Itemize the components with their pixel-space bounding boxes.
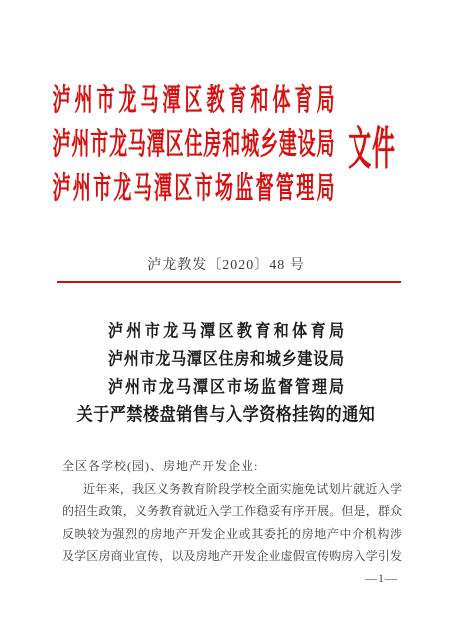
letterhead: 泸州市龙马潭区教育和体育局 泸州市龙马潭区住房和城乡建设局 泸州市龙马潭区市场监… (0, 78, 452, 210)
body-line-1: 近年来，我区义务教育阶段学校全面实施免试划片就近入学 (62, 478, 402, 501)
letterhead-agency-3: 泸州市龙马潭区市场监督管理局 (53, 151, 335, 225)
red-divider-rule (57, 281, 401, 283)
letterhead-agency-list: 泸州市龙马潭区教育和体育局 泸州市龙马潭区住房和城乡建设局 泸州市龙马潭区市场监… (53, 78, 335, 210)
body-salutation: 全区各学校(园)、房地产开发企业: (62, 455, 402, 478)
document-page: 泸州市龙马潭区教育和体育局 泸州市龙马潭区住房和城乡建设局 泸州市龙马潭区市场监… (0, 0, 452, 640)
page-number: —1— (365, 571, 398, 586)
title-block: 泸州市龙马潭区教育和体育局 泸州市龙马潭区住房和城乡建设局 泸州市龙马潭区市场监… (0, 318, 452, 430)
body-line-4: 及学区房商业宣传，以及房地产开发企业虚假宣传购房入学引发 (62, 545, 402, 568)
body-line-3: 反映较为强烈的房地产开发企业或其委托的房地产中介机构涉 (62, 523, 402, 546)
letterhead-doc-label: 文件 (348, 111, 396, 177)
body-text: 全区各学校(园)、房地产开发企业: 近年来，我区义务教育阶段学校全面实施免试划片… (62, 455, 402, 568)
doc-number: 泸龙教发〔2020〕48 号 (0, 254, 452, 274)
body-line-2: 的招生政策，义务教育就近入学工作稳妥有序开展。但是，群众 (62, 500, 402, 523)
title-subject: 关于严禁楼盘销售与入学资格挂钩的通知 (0, 400, 452, 432)
